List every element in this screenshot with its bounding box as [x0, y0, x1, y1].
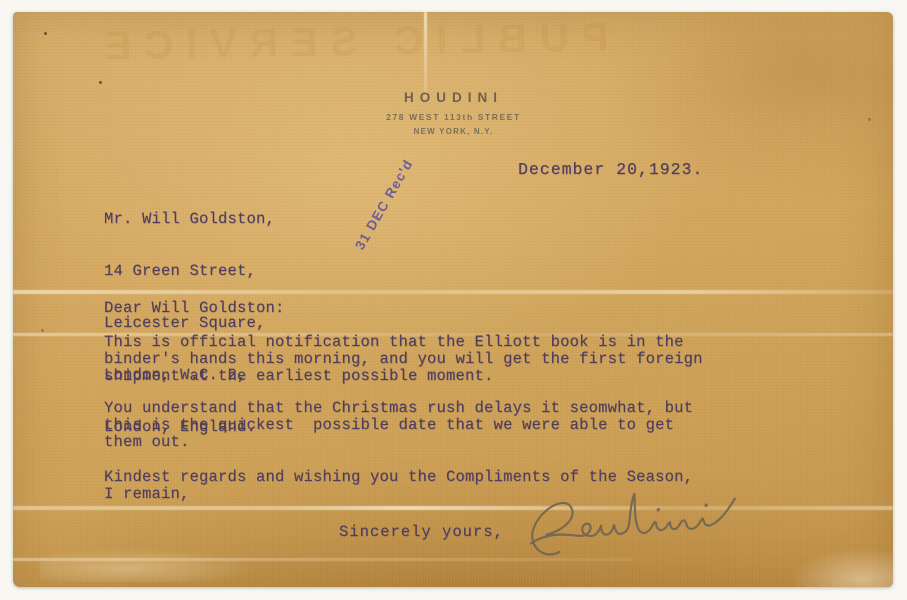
salutation: Dear Will Goldston: [104, 300, 285, 317]
recipient-line: 14 Green Street, [104, 263, 275, 280]
body-paragraph-1: This is official notification that the E… [104, 334, 703, 386]
signature-i-dot [704, 503, 708, 507]
letterhead-address-line2: NEW YORK, N.Y. [0, 127, 907, 136]
closing-line: Sincerely yours, [339, 524, 504, 541]
recipient-line: Mr. Will Goldston, [104, 211, 275, 228]
letterhead-name: HOUDINI [0, 90, 907, 105]
scan-background: PUBLIC SERVICE HOUDINI 278 WEST 113th ST… [0, 0, 907, 600]
recipient-line: Leicester Square, [104, 315, 275, 332]
date-line: December 20,1923. [518, 161, 703, 178]
signature-i-dot [657, 508, 661, 512]
houdini-signature [518, 480, 752, 567]
body-paragraph-2: You understand that the Christmas rush d… [104, 400, 693, 452]
signature-initial-stroke [531, 502, 575, 555]
letterhead-address-line1: 278 WEST 113th STREET [0, 112, 907, 122]
signature-main-stroke [529, 489, 737, 544]
